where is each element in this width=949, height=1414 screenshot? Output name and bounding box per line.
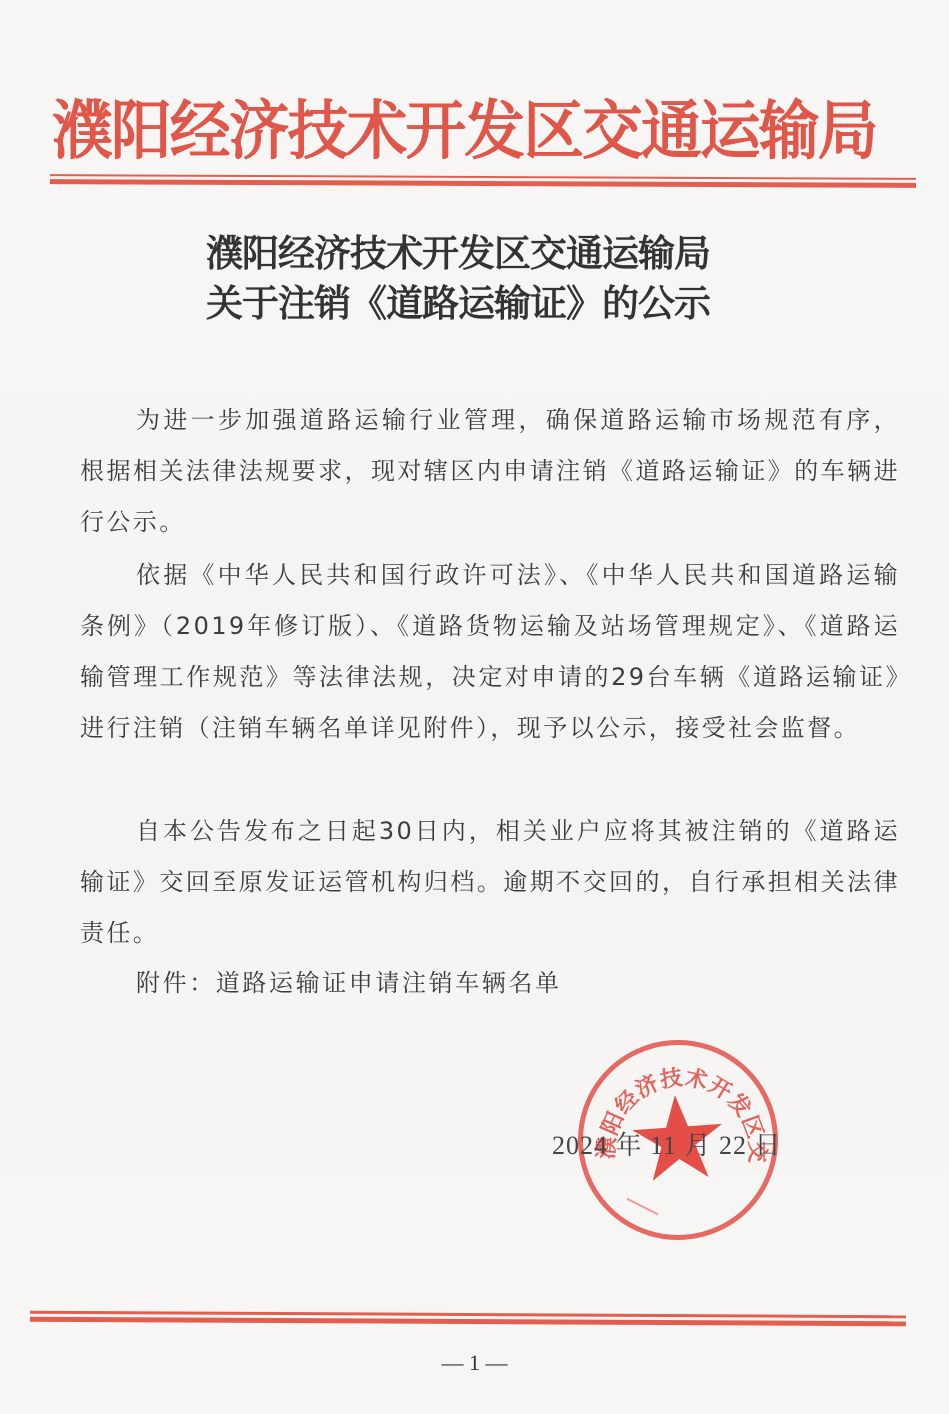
document-title-line-2: 关于注销《道路运输证》的公示 xyxy=(206,278,806,328)
body-paragraph-1: 为进一步加强道路运输行业管理，确保道路运输市场规范有序，根据相关法律法规要求，现… xyxy=(80,395,900,548)
letterhead-divider xyxy=(50,174,916,178)
divider-thick-line xyxy=(30,1317,906,1327)
document-title-line-1: 濮阳经济技术开发区交通运输局 xyxy=(206,228,806,278)
page-number: — 1 — xyxy=(0,1350,949,1376)
body-paragraph-3: 自本公告发布之日起30日内，相关业户应将其被注销的《道路运输证》交回至原发证运管… xyxy=(80,806,900,959)
letterhead-agency-name: 濮阳经济技术开发区交通运输局 xyxy=(52,92,869,172)
divider-thick-line xyxy=(50,179,916,188)
issue-date: 2024 年 11 月 22 日 xyxy=(552,1120,782,1172)
document-page: 濮阳经济技术开发区交通运输局 濮阳经济技术开发区交通运输局 关于注销《道路运输证… xyxy=(0,0,949,1414)
footer-divider xyxy=(30,1311,906,1316)
attachment-note: 附件：道路运输证申请注销车辆名单 xyxy=(136,958,562,1008)
body-paragraph-2: 依据《中华人民共和国行政许可法》、《中华人民共和国道路运输条例》（2019年修订… xyxy=(80,550,900,754)
